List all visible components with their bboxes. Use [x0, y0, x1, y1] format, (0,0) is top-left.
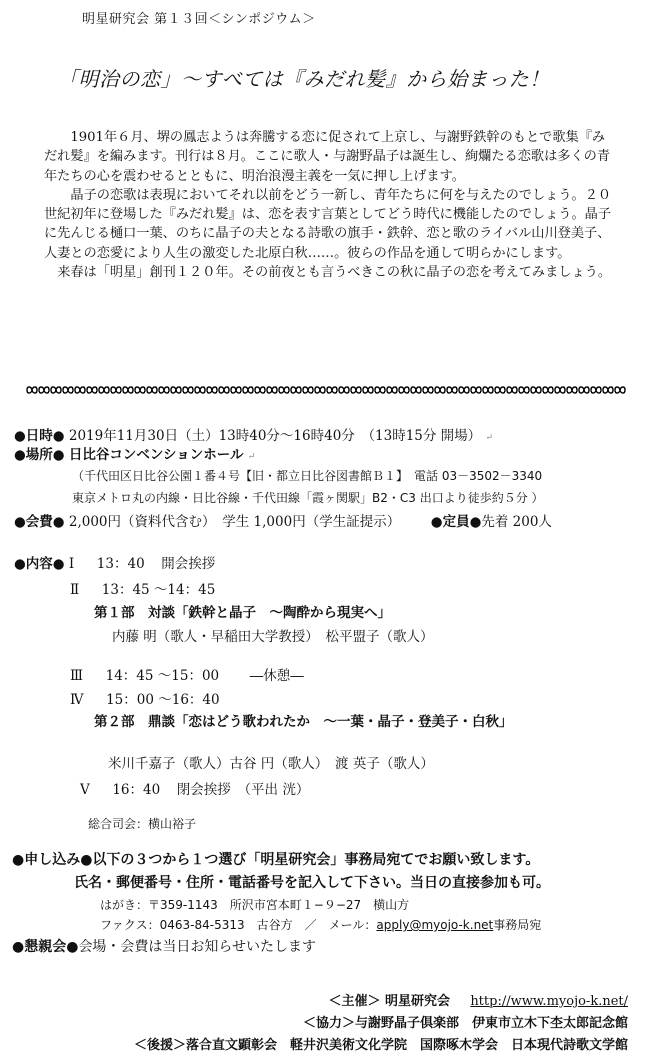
host-url-link[interactable]: http://www.myojo-k.net/	[470, 994, 628, 1009]
program-text: ―休憩―	[250, 668, 304, 684]
ornamental-divider	[26, 380, 626, 390]
part1-title: 第１部 対談「鉄幹と晶子 〜陶酔から現実へ」	[94, 601, 391, 621]
paragraph-mark-icon: ↵	[485, 433, 493, 443]
part2-title: 第２部 鼎談「恋はどう歌われたか 〜一葉・晶子・登美子・白秋」	[94, 710, 513, 730]
series-header: 明星研究会 第１３回＜シンポジウム＞	[82, 8, 316, 27]
fee-value: 2,000円（資料代含む） 学生 1,000円（学生証提示）	[69, 514, 400, 530]
intro-paragraph-1: 1901年６月、堺の鳳志ようは奔騰する恋に促されて上京し、与謝野鉄幹のもとで歌集…	[44, 128, 614, 186]
cooperation-row: ＜協力＞与謝野晶子倶楽部 伊東市立木下杢太郎記念館	[303, 1012, 628, 1031]
venue-access: 東京メトロ丸の内線・日比谷線・千代田線「霞ヶ関駅」B2・C3 出口より徒歩約５分…	[72, 489, 544, 506]
application-email-suffix: 事務局宛	[493, 918, 541, 932]
application-row: ●申し込み●以下の３つから１つ選び「明星研究会」事務局宛てでお願い致します。	[12, 849, 539, 869]
capacity-value: 先着 200人	[481, 514, 552, 530]
mc-line: 総合司会：横山裕子	[88, 815, 196, 832]
fee-label: ●会費●	[14, 514, 65, 530]
part1-speakers: 内藤 明（歌人・早稲田大学教授） 松平盟子（歌人）	[112, 625, 434, 645]
application-fax-row: ファクス：0463-84-5313 古谷方 ／ メール：apply@myojo-…	[100, 916, 541, 933]
party-value: 会場・会費は当日お知らせいたします	[78, 939, 316, 955]
support-row: ＜後援＞落合直文顕彰会 軽井沢美術文化学院 国際啄木学会 日本現代詩歌文学館	[134, 1034, 628, 1053]
program-time: 14：45 〜15：00	[106, 668, 220, 684]
program-time: 16：40	[112, 782, 160, 798]
program-num: Ⅴ	[80, 782, 90, 798]
application-fax: ファクス：0463-84-5313 古谷方 ／ メール：	[100, 918, 376, 932]
program-text: 開会挨拶	[161, 556, 215, 572]
application-postcard: はがき：〒359-1143 所沢市宮本町１−９−27 横山方	[100, 896, 409, 913]
intro-text: 1901年６月、堺の鳳志ようは奔騰する恋に促されて上京し、与謝野鉄幹のもとで歌集…	[44, 128, 614, 282]
host-label: ＜主催＞ 明星研究会	[329, 994, 451, 1009]
program-item-1: ●内容● Ⅰ 13：40 開会挨拶	[14, 552, 215, 572]
paragraph-mark-icon: ↵	[248, 452, 256, 462]
program-num: Ⅳ	[70, 692, 84, 708]
intro-paragraph-2: 晶子の恋歌は表現においてそれ以前をどう一新し、青年たちに何を与えたのでしょう。２…	[44, 186, 614, 263]
party-label: ●懇親会●	[12, 939, 78, 955]
program-label: ●内容●	[14, 556, 65, 572]
program-num: Ⅱ	[70, 582, 79, 598]
party-row: ●懇親会●会場・会費は当日お知らせいたします	[12, 936, 316, 956]
program-text: 閉会挨拶 （平出 洸）	[177, 782, 310, 798]
program-num: Ⅲ	[70, 668, 83, 684]
application-line1: 以下の３つから１つ選び「明星研究会」事務局宛てでお願い致します。	[92, 852, 539, 868]
datetime-label: ●日時●	[14, 428, 65, 444]
application-email-link[interactable]: apply@myojo-k.net	[376, 918, 493, 932]
datetime-row: ●日時● 2019年11月30日（土）13時40分〜16時40分 （13時15分…	[14, 424, 493, 444]
chain-ornament-icon	[26, 385, 626, 395]
program-time: 13：45 〜14：45	[102, 582, 216, 598]
program-time: 13：40	[97, 556, 145, 572]
fee-row: ●会費● 2,000円（資料代含む） 学生 1,000円（学生証提示） ●定員●…	[14, 510, 552, 530]
program-item-4: Ⅳ 15：00 〜16：40	[70, 688, 220, 708]
application-label: ●申し込み●	[12, 852, 92, 868]
program-item-5: Ⅴ 16：40 閉会挨拶 （平出 洸）	[80, 778, 309, 798]
intro-paragraph-3: 来春は「明星」創刊１２０年。その前夜とも言うべきこの秋に晶子の恋を考えてみましょ…	[44, 263, 614, 282]
venue-name: 日比谷コンベンションホール	[69, 447, 244, 463]
venue-row: ●場所● 日比谷コンベンションホール ↵	[14, 443, 255, 463]
program-num: Ⅰ	[69, 556, 74, 572]
venue-address: （千代田区日比谷公園１番４号【旧・都立日比谷図書館Ｂ１】 電話 03－3502－…	[72, 467, 542, 484]
program-item-2: Ⅱ 13：45 〜14：45	[70, 578, 215, 598]
program-item-3: Ⅲ 14：45 〜15：00 ―休憩―	[70, 664, 304, 684]
capacity-label: ●定員●	[431, 514, 482, 530]
application-line2: 氏名・郵便番号・住所・電話番号を記入して下さい。当日の直接参加も可。	[74, 872, 550, 892]
venue-label: ●場所●	[14, 447, 65, 463]
host-row: ＜主催＞ 明星研究会 http://www.myojo-k.net/	[329, 990, 629, 1009]
datetime-value: 2019年11月30日（土）13時40分〜16時40分 （13時15分 開場）	[69, 428, 481, 444]
page-title: 「明治の恋」〜すべては『みだれ髪』から始まった！	[58, 63, 550, 92]
part2-speakers: 米川千嘉子（歌人）古谷 円（歌人） 渡 英子（歌人）	[108, 752, 434, 772]
program-time: 15：00 〜16：40	[106, 692, 220, 708]
